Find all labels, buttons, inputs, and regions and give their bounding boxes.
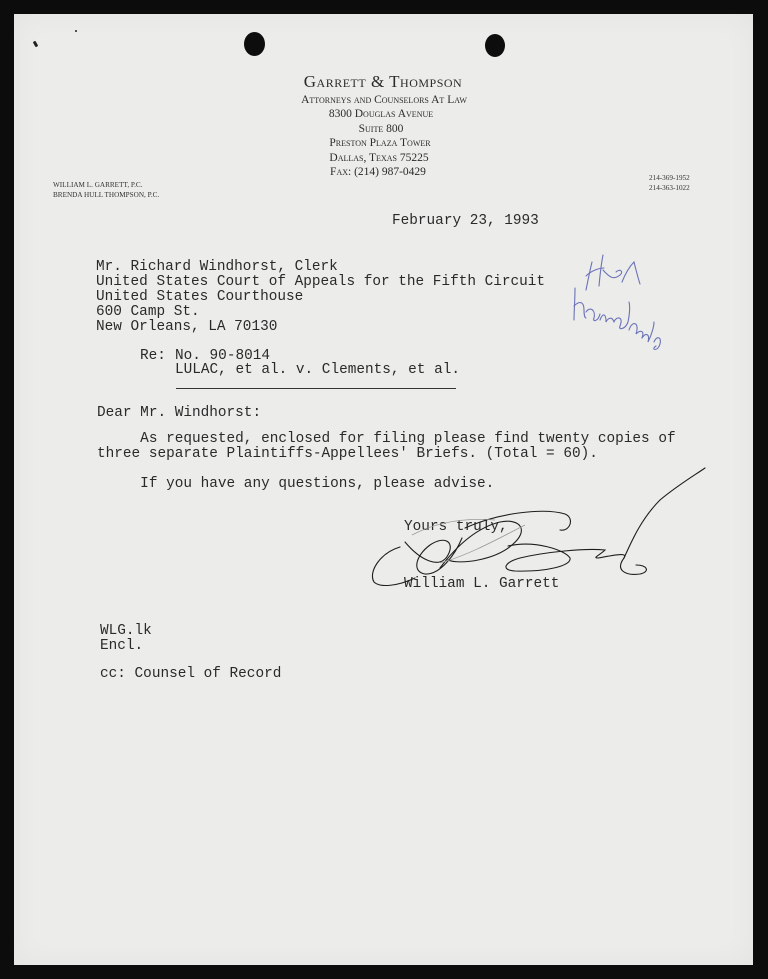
handwritten-note-icon: [574, 255, 660, 350]
signature-icon: [372, 468, 705, 585]
ink-overlay: [0, 0, 768, 979]
